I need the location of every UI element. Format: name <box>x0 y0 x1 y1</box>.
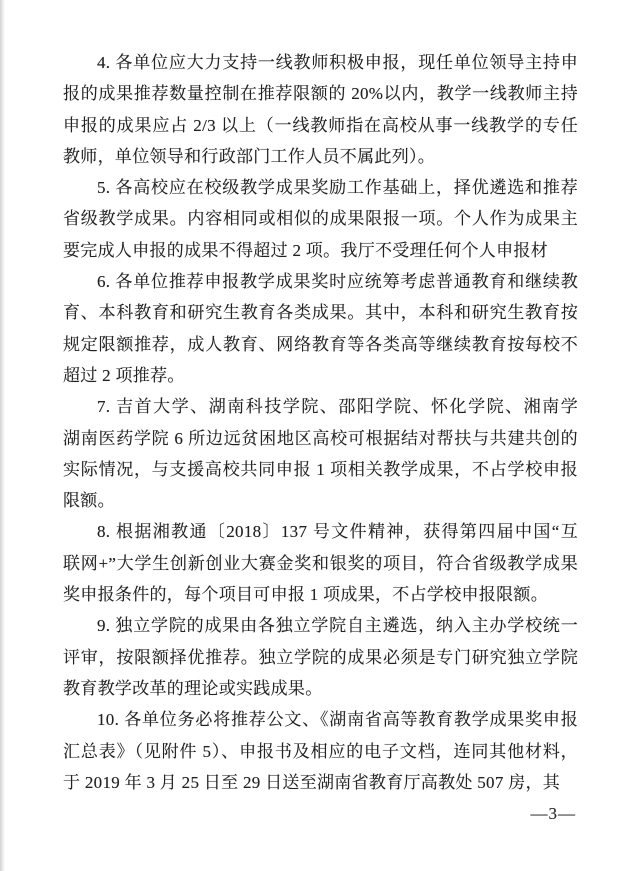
text-line: 实际情况，与支援高校共同申报 1 项相关教学成果，不占学校申报 <box>63 454 578 485</box>
paragraph: 5. 各高校应在校级教学成果奖励工作基础上，择优遴选和推荐省级教学成果。内容相同… <box>63 172 578 266</box>
text-line: 限额。 <box>63 485 578 516</box>
text-line: 7. 吉首大学、湖南科技学院、邵阳学院、怀化学院、湘南学院、 <box>63 391 578 422</box>
text-line: 教育教学改革的理论或实践成果。 <box>63 673 578 704</box>
text-line: 奖申报条件的，每个项目可申报 1 项成果，不占学校申报限额。 <box>63 579 578 610</box>
document-body: 4. 各单位应大力支持一线教师积极申报，现任单位领导主持申报的成果推荐数量控制在… <box>63 47 578 798</box>
page-number: —3— <box>531 804 577 824</box>
paragraph: 6. 各单位推荐申报教学成果奖时应统筹考虑普通教育和继续教育、本科教育和研究生教… <box>63 266 578 391</box>
text-line: 超过 2 项推荐。 <box>63 360 578 391</box>
text-line: 报的成果推荐数量控制在推荐限额的 20%以内，教学一线教师主持 <box>63 78 578 109</box>
text-line: 于 2019 年 3 月 25 日至 29 日送至湖南省教育厅高教处 507 房… <box>63 767 578 798</box>
text-line: 4. 各单位应大力支持一线教师积极申报，现任单位领导主持申 <box>63 47 578 78</box>
paragraph: 9. 独立学院的成果由各独立学院自主遴选，纳入主办学校统一评审，按限额择优推荐。… <box>63 610 578 704</box>
text-line: 10. 各单位务必将推荐公文、《湖南省高等教育教学成果奖申报 <box>63 704 578 735</box>
text-line: 8. 根据湘教通〔2018〕137 号文件精神，获得第四届中国“互 <box>63 516 578 547</box>
text-line: 汇总表》（见附件 5）、申报书及相应的电子文档，连同其他材料， <box>63 736 578 767</box>
text-line: 5. 各高校应在校级教学成果奖励工作基础上，择优遴选和推荐 <box>63 172 578 203</box>
text-line: 湖南医药学院 6 所边远贫困地区高校可根据结对帮扶与共建共创的 <box>63 423 578 454</box>
text-line: 省级教学成果。内容相同或相似的成果限报一项。个人作为成果主 <box>63 203 578 234</box>
document-page: 4. 各单位应大力支持一线教师积极申报，现任单位领导主持申报的成果推荐数量控制在… <box>0 0 640 871</box>
paragraph: 10. 各单位务必将推荐公文、《湖南省高等教育教学成果奖申报汇总表》（见附件 5… <box>63 704 578 798</box>
paragraph: 8. 根据湘教通〔2018〕137 号文件精神，获得第四届中国“互联网+”大学生… <box>63 516 578 610</box>
paragraph: 7. 吉首大学、湖南科技学院、邵阳学院、怀化学院、湘南学院、湖南医药学院 6 所… <box>63 391 578 516</box>
paragraph: 4. 各单位应大力支持一线教师积极申报，现任单位领导主持申报的成果推荐数量控制在… <box>63 47 578 172</box>
text-line: 6. 各单位推荐申报教学成果奖时应统筹考虑普通教育和继续教 <box>63 266 578 297</box>
text-line: 教师，单位领导和行政部门工作人员不属此列）。 <box>63 141 578 172</box>
text-line: 育、本科教育和研究生教育各类成果。其中，本科和研究生教育按 <box>63 297 578 328</box>
text-line: 规定限额推荐，成人教育、网络教育等各类高等继续教育按每校不 <box>63 329 578 360</box>
text-line: 联网+”大学生创新创业大赛金奖和银奖的项目，符合省级教学成果 <box>63 548 578 579</box>
scan-edge-shadow <box>0 0 5 871</box>
text-line: 要完成人申报的成果不得超过 2 项。我厅不受理任何个人申报材料。 <box>63 235 578 266</box>
text-line: 申报的成果应占 2/3 以上（一线教师指在高校从事一线教学的专任 <box>63 110 578 141</box>
text-line: 评审，按限额择优推荐。独立学院的成果必须是专门研究独立学院 <box>63 642 578 673</box>
text-line: 9. 独立学院的成果由各独立学院自主遴选，纳入主办学校统一 <box>63 610 578 641</box>
